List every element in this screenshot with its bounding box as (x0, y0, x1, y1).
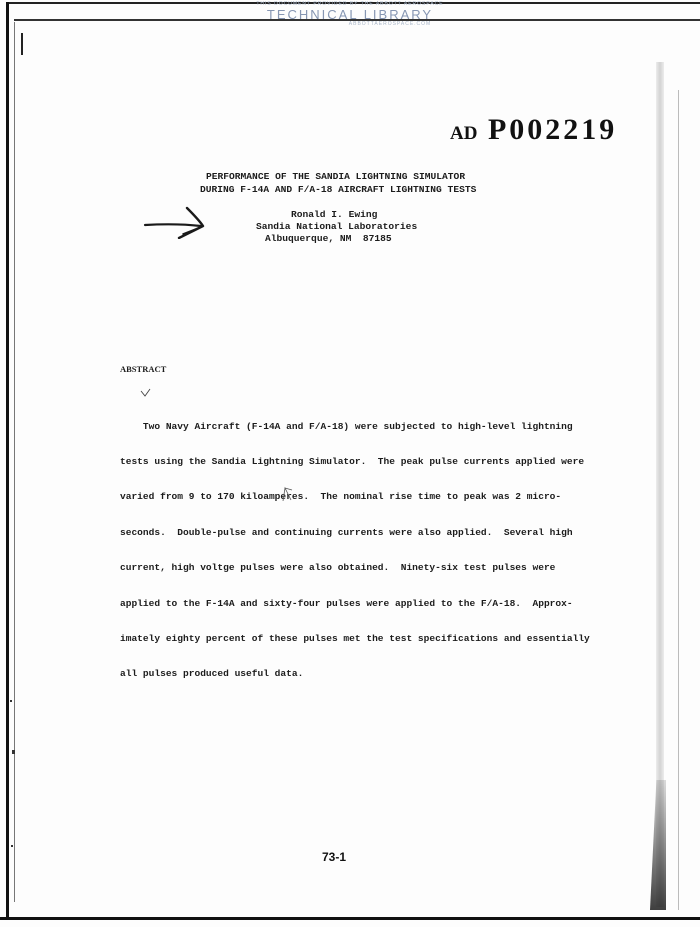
scan-border-left (6, 2, 9, 920)
abstract-line: all pulses produced useful data. (120, 668, 590, 680)
scan-speck (11, 845, 13, 847)
accession-id: P002219 (488, 113, 617, 146)
accession-prefix: AD (450, 123, 477, 144)
scanned-page: THIS DOCUMENT PROVIDED BY THE ABBOTT AER… (0, 0, 700, 927)
abstract-line: varied from 9 to 170 kiloamperes. The no… (120, 491, 590, 503)
abstract-body: Two Navy Aircraft (F-14A and F/A-18) wer… (120, 397, 590, 704)
watermark: THIS DOCUMENT PROVIDED BY THE ABBOTT AER… (220, 0, 480, 28)
page-number: 73-1 (322, 850, 346, 864)
abstract-line: Two Navy Aircraft (F-14A and F/A-18) wer… (120, 421, 590, 433)
abstract-line: applied to the F-14A and sixty-four puls… (120, 598, 590, 610)
abstract-line: seconds. Double-pulse and continuing cur… (120, 527, 590, 539)
paper-title-line-1: PERFORMANCE OF THE SANDIA LIGHTNING SIMU… (206, 171, 465, 182)
scan-mark-left (21, 33, 23, 55)
scan-border-bottom (0, 917, 700, 920)
paper-title-line-2: DURING F-14A AND F/A-18 AIRCRAFT LIGHTNI… (200, 184, 476, 195)
watermark-url: ABBOTTAEROSPACE.COM (300, 21, 480, 28)
scan-edge-line-right (678, 90, 679, 910)
author-organization: Sandia National Laboratories (256, 221, 417, 232)
abstract-line: tests using the Sandia Lightning Simulat… (120, 456, 590, 468)
scan-speck (10, 700, 12, 702)
accession-number: AD P002219 (450, 113, 617, 147)
abstract-line: current, high voltge pulses were also ob… (120, 562, 590, 574)
scan-border-left-inner (14, 22, 15, 902)
abstract-heading: ABSTRACT (120, 364, 166, 374)
scan-edge-shadow-dark (650, 780, 666, 910)
author-name: Ronald I. Ewing (291, 209, 377, 220)
hand-drawn-caret-icon (281, 484, 293, 502)
hand-drawn-arrow-icon (143, 205, 207, 239)
author-location: Albuquerque, NM 87185 (265, 233, 392, 244)
scan-speck (12, 750, 15, 754)
abstract-line: imately eighty percent of these pulses m… (120, 633, 590, 645)
watermark-library: TECHNICAL LIBRARY (220, 8, 480, 21)
